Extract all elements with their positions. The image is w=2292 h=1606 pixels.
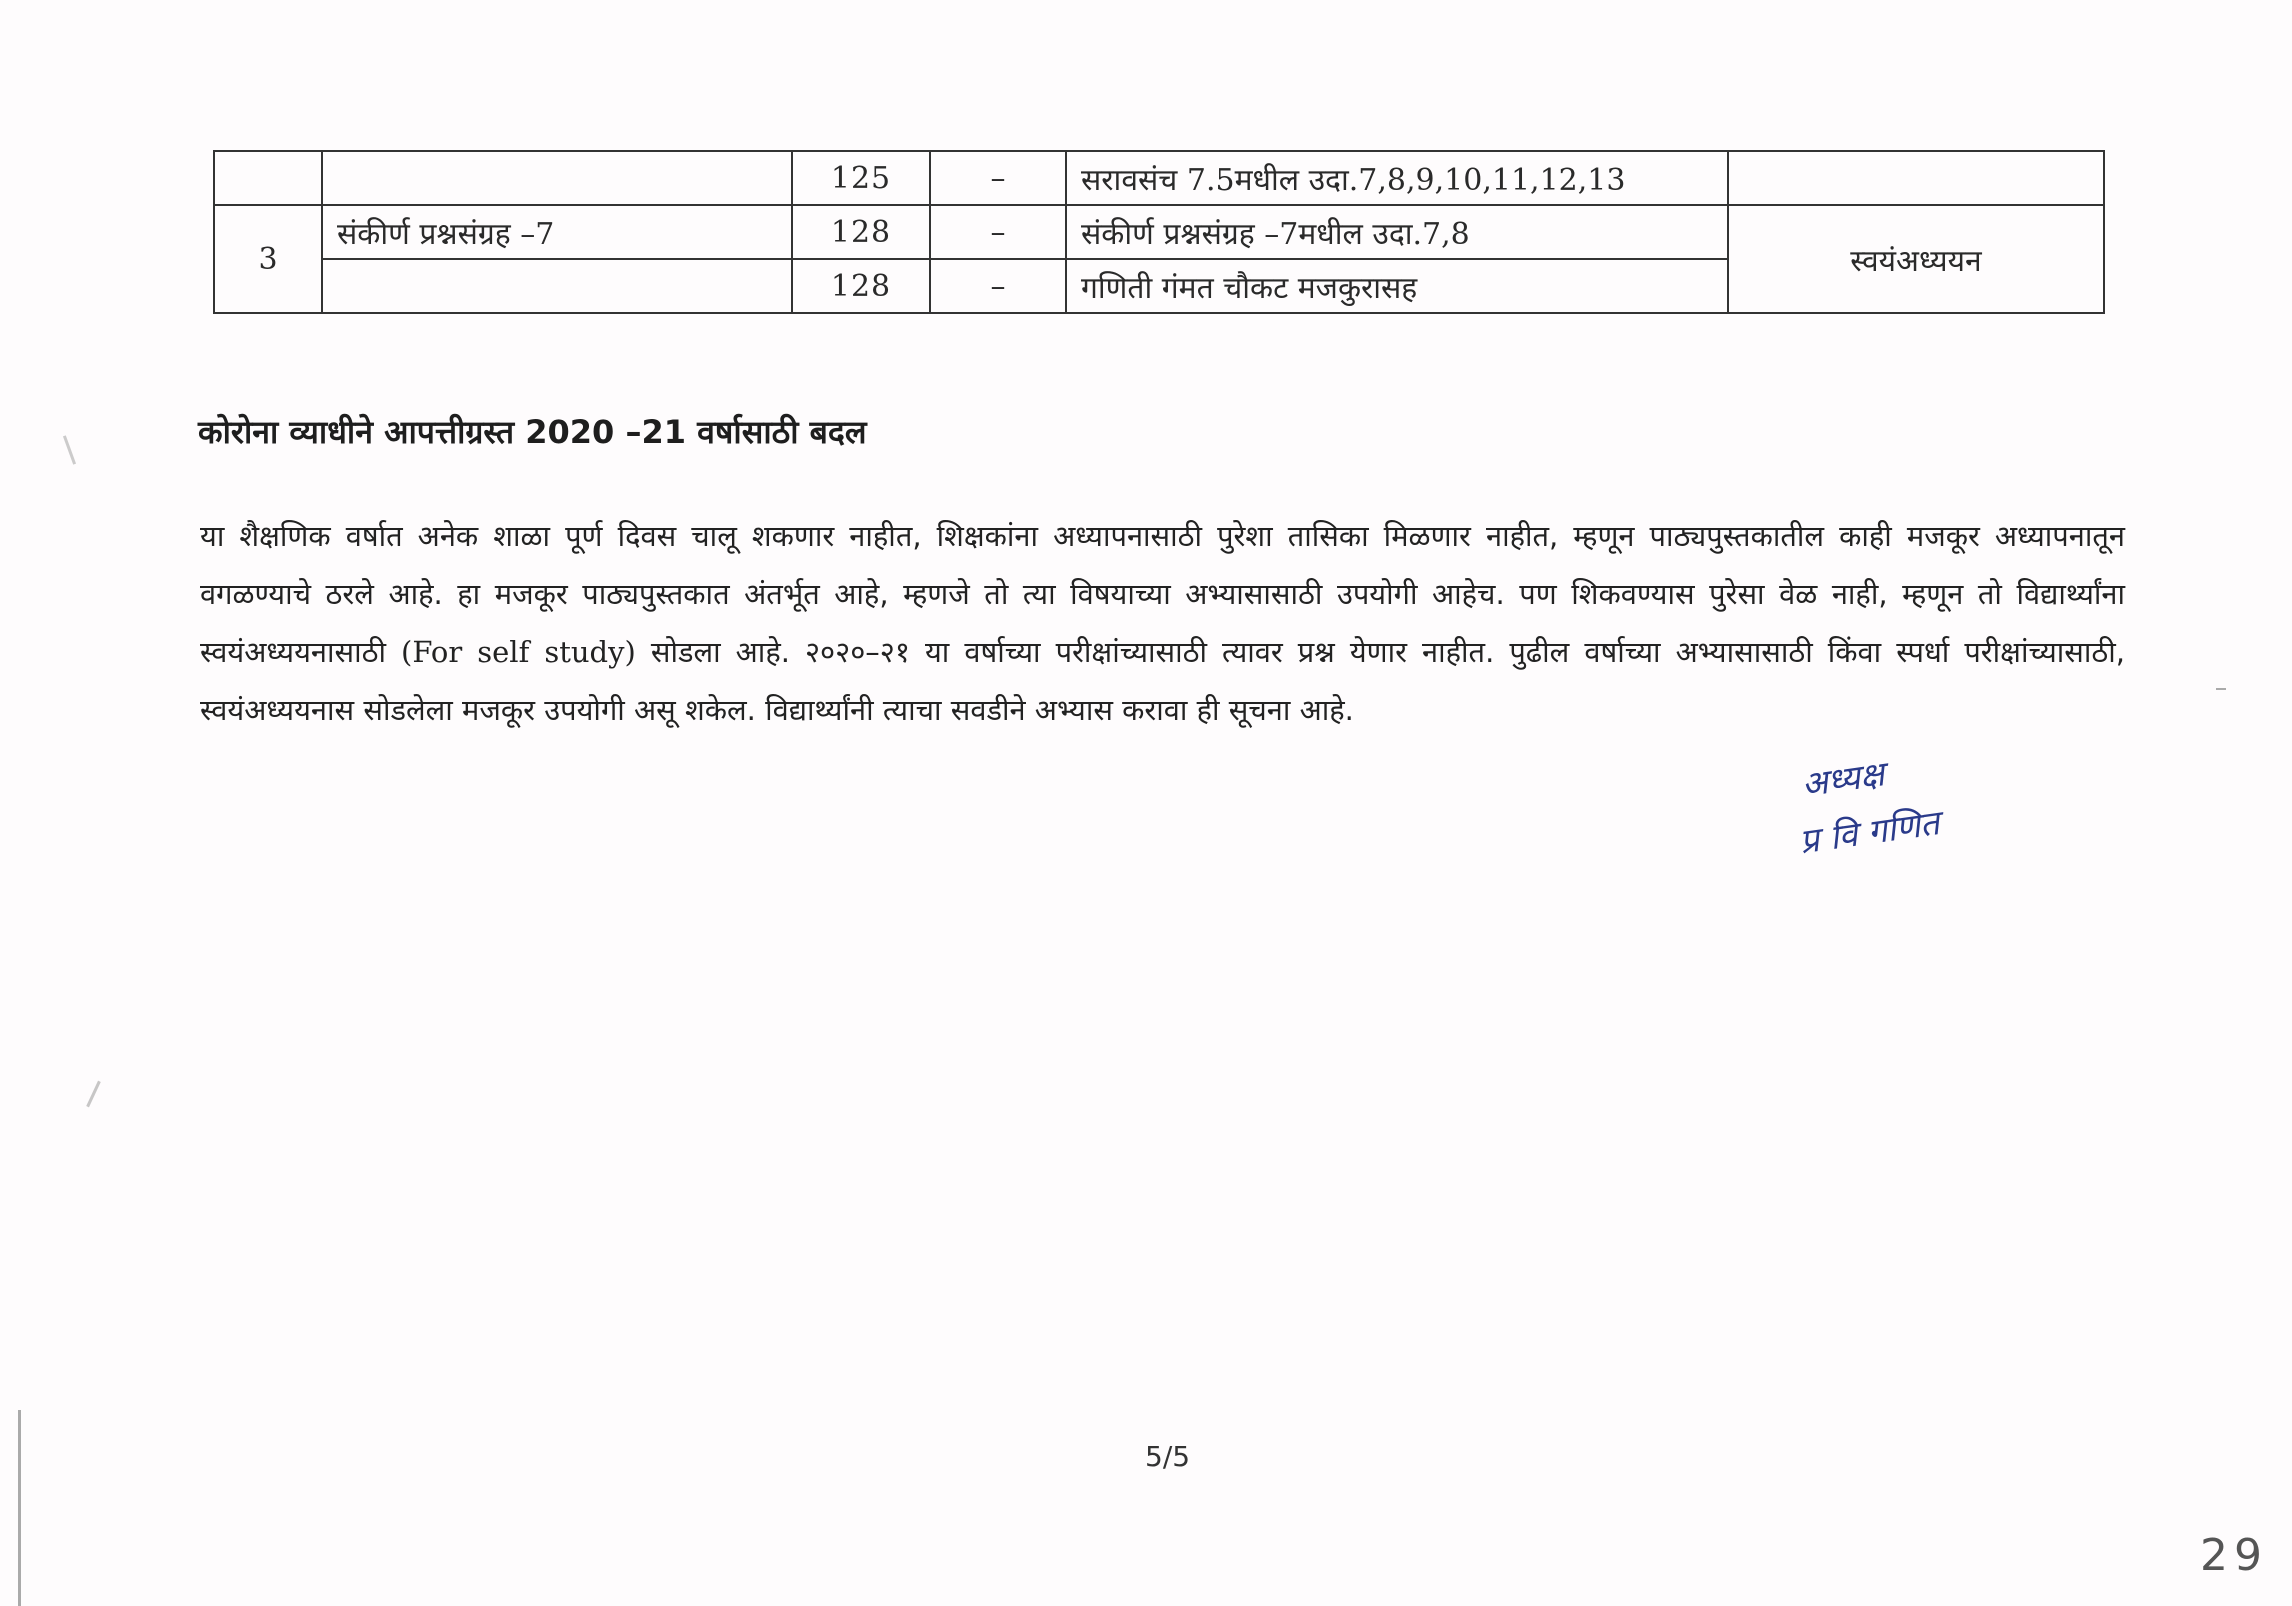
syllabus-table: 125 – सरावसंच 7.5मधील उदा.7,8,9,10,11,12… <box>213 150 2105 314</box>
serial-cell <box>214 151 322 205</box>
document-page: 125 – सरावसंच 7.5मधील उदा.7,8,9,10,11,12… <box>0 0 2292 1606</box>
topic-cell <box>322 151 792 205</box>
scan-artifact <box>63 435 76 464</box>
section-body: या शैक्षणिक वर्षात अनेक शाळा पूर्ण दिवस … <box>200 507 2125 739</box>
remark-cell: स्वयंअध्ययन <box>1728 205 2104 313</box>
signature-line-2: प्र वि गणित <box>1796 798 1942 863</box>
topic-cell: संकीर्ण प्रश्नसंग्रह –7 <box>322 205 792 259</box>
signature: अध्यक्ष प्र वि गणित <box>1789 743 1942 864</box>
dash-cell: – <box>930 205 1066 259</box>
serial-cell: 3 <box>214 205 322 313</box>
scan-edge-line <box>18 1410 21 1606</box>
handwritten-page-number: 29 <box>2200 1530 2268 1581</box>
page-cell: 128 <box>792 259 930 313</box>
remark-cell <box>1728 151 2104 205</box>
dash-cell: – <box>930 151 1066 205</box>
table-row: 125 – सरावसंच 7.5मधील उदा.7,8,9,10,11,12… <box>214 151 2104 205</box>
table-row: 3 संकीर्ण प्रश्नसंग्रह –7 128 – संकीर्ण … <box>214 205 2104 259</box>
detail-cell: संकीर्ण प्रश्नसंग्रह –7मधील उदा.7,8 <box>1066 205 1728 259</box>
detail-cell: सरावसंच 7.5मधील उदा.7,8,9,10,11,12,13 <box>1066 151 1728 205</box>
scan-artifact <box>2216 688 2226 690</box>
body-text-english: (For self study) <box>401 635 636 669</box>
page-cell: 128 <box>792 205 930 259</box>
signature-line-1: अध्यक्ष <box>1798 743 1934 807</box>
page-cell: 125 <box>792 151 930 205</box>
detail-cell: गणिती गंमत चौकट मजकुरासह <box>1066 259 1728 313</box>
page-number: 5/5 <box>1145 1440 1190 1473</box>
topic-cell <box>322 259 792 313</box>
section-heading: कोरोना व्याधीने आपत्तीग्रस्त 2020 –21 वर… <box>198 410 867 453</box>
dash-cell: – <box>930 259 1066 313</box>
scan-artifact <box>86 1081 101 1108</box>
